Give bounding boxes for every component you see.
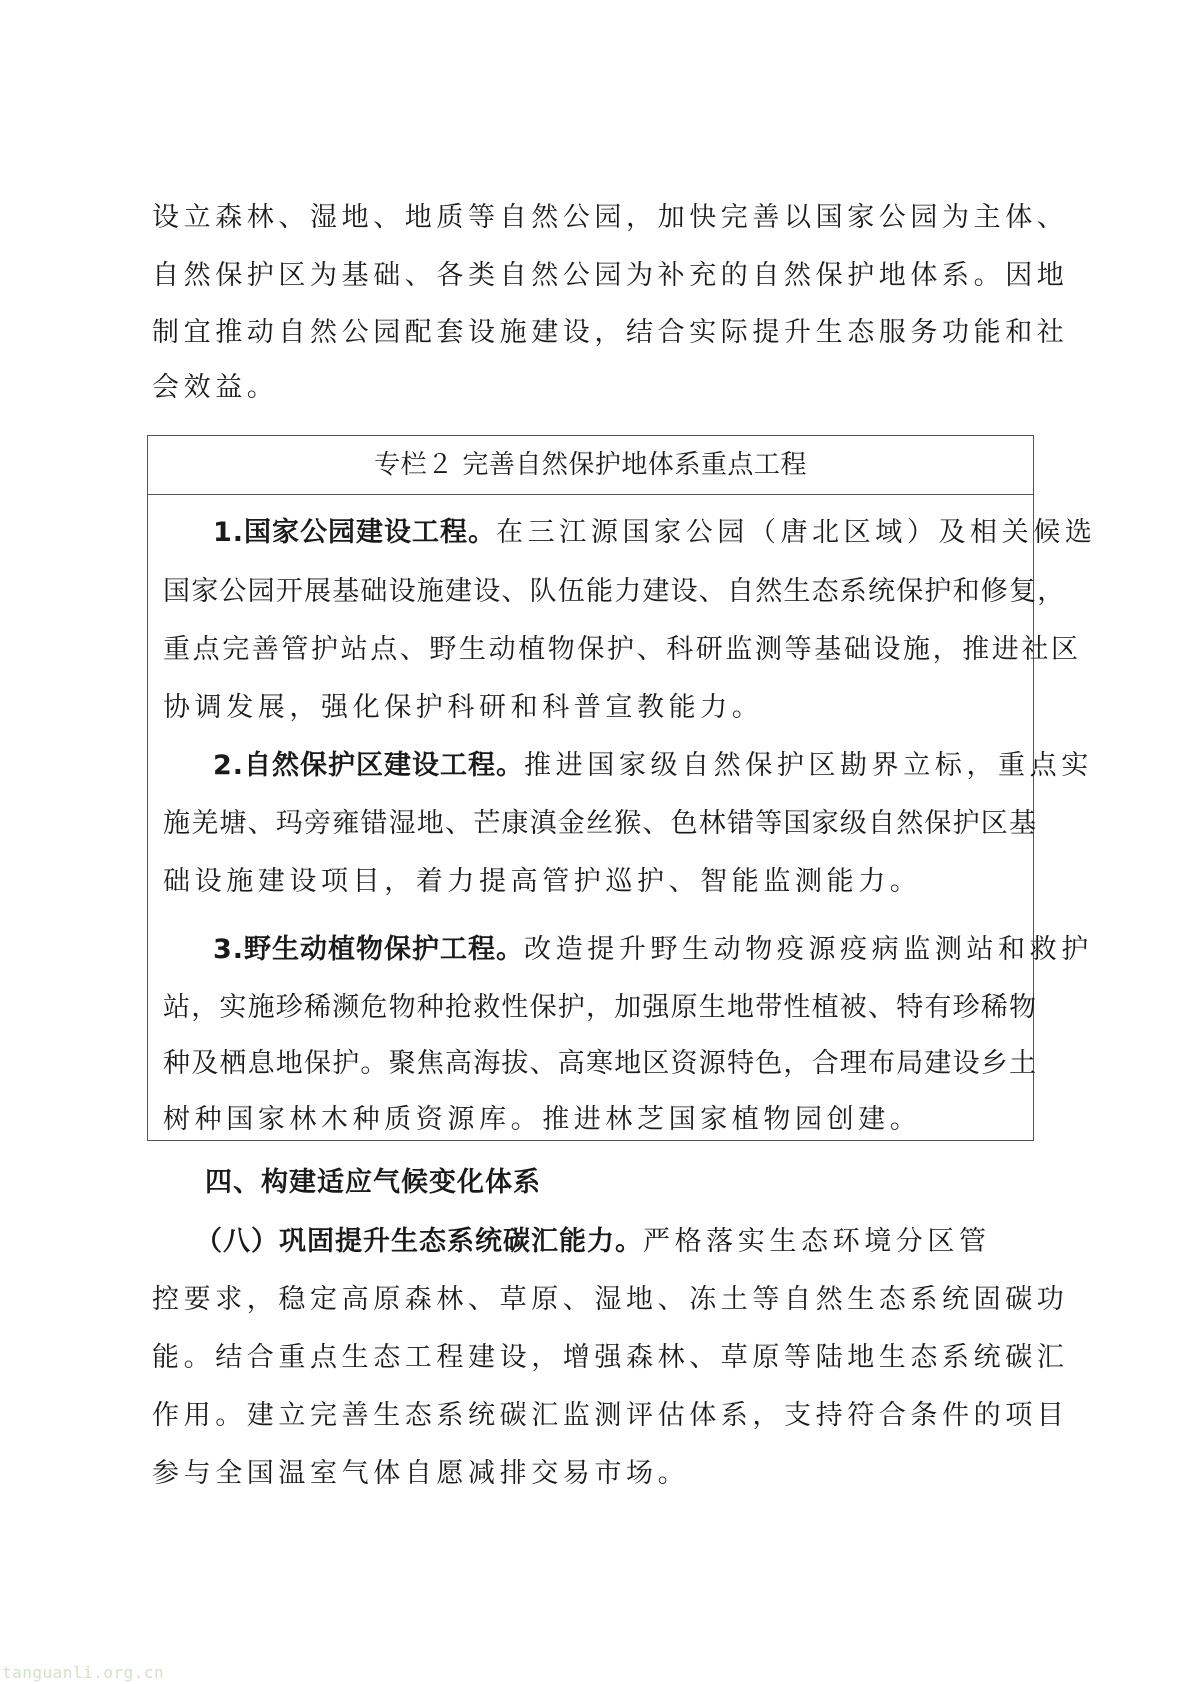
feature-box-divider	[147, 494, 1034, 495]
feature-box-title: 专栏２ 完善自然保护地体系重点工程	[147, 448, 1034, 482]
intro-line-2: 自然保护区为基础、各类自然公园为补充的自然保护地体系。因地	[152, 259, 1068, 293]
item-3-first-rest: 改造提升野生动物疫源疫病监测站和救护	[524, 934, 1093, 965]
item-1-line-4: 协调发展，强化保护科研和科普宣教能力。	[163, 691, 763, 725]
item-1-lead: 1.国家公园建设工程。	[213, 517, 496, 548]
subsection-lead: （八）巩固提升生态系统碳汇能力。	[195, 1226, 643, 1257]
intro-line-1: 设立森林、湿地、地质等自然公园，加快完善以国家公园为主体、	[152, 201, 1068, 235]
item-1-line-2: 国家公园开展基础设施建设、队伍能力建设、自然生态系统保护和修复，	[163, 575, 1065, 609]
subsection-line-3: 能。结合重点生态工程建设，增强森林、草原等陆地生态系统碳汇	[152, 1341, 1068, 1375]
item-1-first-rest: 在三江源国家公园（唐北区域）及相关候选	[496, 517, 1096, 548]
item-2-line-2: 施羌塘、玛旁雍错湿地、芒康滇金丝猴、色林错等国家级自然保护区基	[163, 807, 1037, 841]
item-3-first-line: 3.野生动植物保护工程。改造提升野生动物疫源疫病监测站和救护	[213, 933, 1093, 967]
item-3-line-2: 站，实施珍稀濒危物种抢救性保护，加强原生地带性植被、特有珍稀物	[163, 991, 1037, 1025]
subsection-line-5: 参与全国温室气体自愿减排交易市场。	[152, 1457, 689, 1491]
site-watermark: tanguanli.org.cn	[2, 1663, 164, 1682]
item-1-first-line: 1.国家公园建设工程。在三江源国家公园（唐北区域）及相关候选	[213, 516, 1096, 550]
subsection-first-rest: 严格落实生态环境分区管	[643, 1226, 991, 1257]
subsection-line-2: 控要求，稳定高原森林、草原、湿地、冻土等自然生态系统固碳功	[152, 1283, 1068, 1317]
item-2-line-3: 础设施建设项目，着力提高管护巡护、智能监测能力。	[163, 865, 921, 899]
item-3-line-4: 树种国家林木种质资源库。推进林芝国家植物园创建。	[163, 1103, 921, 1137]
intro-line-3: 制宜推动自然公园配套设施建设，结合实际提升生态服务功能和社	[152, 316, 1068, 350]
item-2-first-line: 2.自然保护区建设工程。推进国家级自然保护区勘界立标，重点实	[213, 749, 1093, 783]
item-2-lead: 2.自然保护区建设工程。	[213, 750, 524, 781]
item-1-line-3: 重点完善管护站点、野生动植物保护、科研监测等基础设施，推进社区	[163, 633, 1081, 667]
subsection-first-line: （八）巩固提升生态系统碳汇能力。严格落实生态环境分区管	[195, 1225, 991, 1259]
item-3-lead: 3.野生动植物保护工程。	[213, 934, 524, 965]
item-3-line-3: 种及栖息地保护。聚焦高海拔、高寒地区资源特色，合理布局建设乡土	[163, 1047, 1037, 1081]
section-4-heading: 四、构建适应气候变化体系	[205, 1166, 541, 1200]
item-2-first-rest: 推进国家级自然保护区勘界立标，重点实	[524, 750, 1093, 781]
intro-line-4: 会效益。	[152, 371, 278, 405]
subsection-line-4: 作用。建立完善生态系统碳汇监测评估体系，支持符合条件的项目	[152, 1399, 1068, 1433]
